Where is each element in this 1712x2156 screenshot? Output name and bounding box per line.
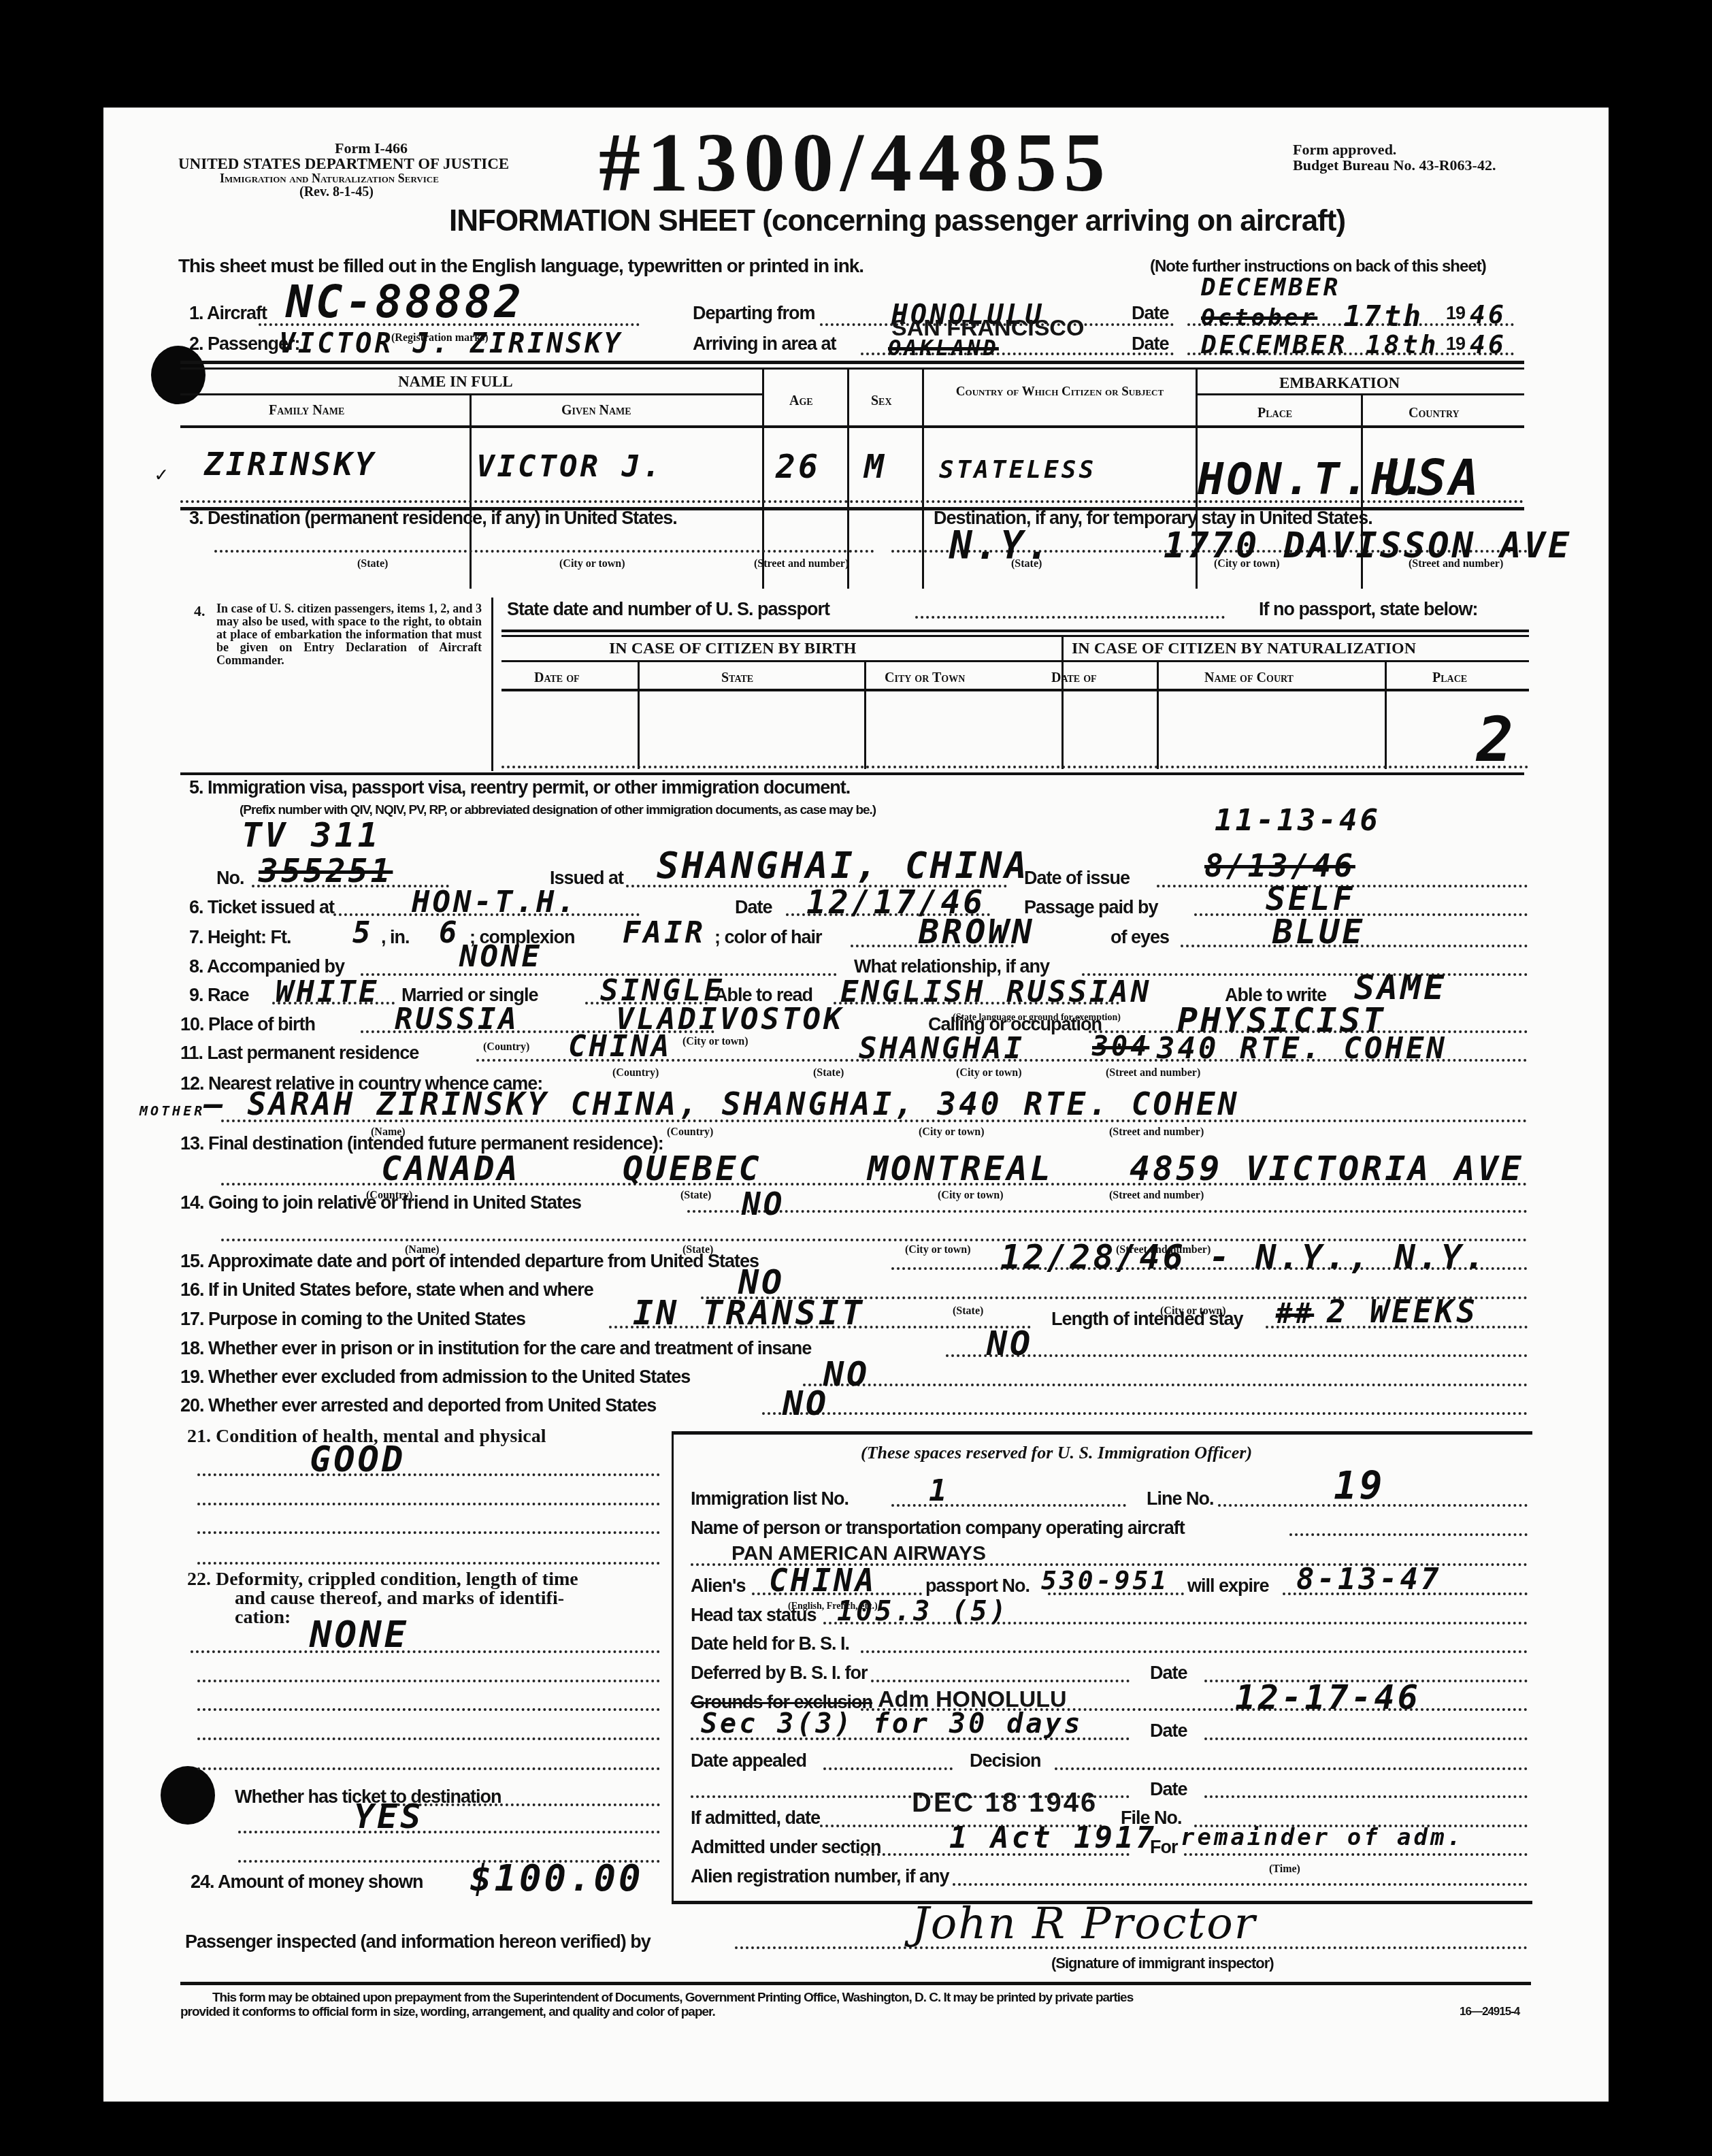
caption-street: (Street and number): [1106, 1067, 1200, 1079]
visa-number-label: No.: [216, 868, 244, 889]
arriving-label: Arriving in area at: [693, 333, 836, 355]
immigration-list-value[interactable]: 1: [929, 1473, 950, 1508]
date-struck-month: October: [1201, 304, 1317, 331]
height-in-label: , in.: [381, 927, 410, 948]
citizen-by-birth-header: IN CASE OF CITIZEN BY BIRTH: [609, 640, 856, 658]
hair-color-value[interactable]: BROWN: [919, 912, 1035, 951]
nearest-relative-value[interactable]: — SARAH ZIRINSKY CHINA, SHANGHAI, 340 RT…: [204, 1085, 1239, 1122]
col-citizenship: Country of Which Citizen or Subject: [936, 385, 1184, 399]
race-label: 9. Race: [189, 985, 249, 1006]
height-ft[interactable]: 5: [352, 915, 374, 950]
admitted-section-label: Admitted under section: [691, 1837, 881, 1858]
caption-street: (Street and number): [1109, 1190, 1204, 1202]
final-destination-country[interactable]: CANADA: [381, 1149, 521, 1188]
join-relative-value[interactable]: NO: [742, 1186, 785, 1222]
head-tax-label: Head tax status: [691, 1605, 817, 1626]
birthplace-label: 10. Place of birth: [180, 1014, 315, 1035]
officer-header: (These spaces reserved for U. S. Immigra…: [861, 1443, 1252, 1463]
fine-print-line-2: provided it conforms to official form in…: [180, 2005, 715, 2020]
col-embark-place: Place: [1257, 406, 1292, 421]
service-name: Immigration and Naturalization Service: [220, 171, 439, 186]
department-name: UNITED STATES DEPARTMENT OF JUSTICE: [178, 155, 509, 173]
deported-label: 20. Whether ever arrested and deported f…: [180, 1395, 656, 1416]
col-nat-place: Place: [1432, 670, 1467, 686]
destination-permanent-label: 3. Destination (permanent residence, if …: [189, 508, 677, 529]
aircraft-value[interactable]: NC-88882: [286, 276, 524, 328]
relative-relationship-margin: MOTHER: [139, 1102, 205, 1119]
last-residence-street[interactable]: 340 RTE. COHEN: [1157, 1031, 1447, 1066]
col-nat-date: Date of: [1051, 670, 1097, 686]
final-destination-city[interactable]: MONTREAL: [868, 1149, 1053, 1188]
purpose-value[interactable]: IN TRANSIT: [633, 1293, 865, 1333]
height-label: 7. Height: Ft.: [189, 927, 291, 948]
col-age: Age: [789, 393, 813, 409]
stay-length-value[interactable]: 2 WEEKS: [1327, 1293, 1478, 1330]
join-relative-label: 14. Going to join relative or friend in …: [180, 1192, 581, 1213]
operator-label: Name of person or transportation company…: [691, 1518, 1185, 1539]
prison-label: 18. Whether ever in prison or in institu…: [180, 1338, 811, 1359]
departing-label: Departing from: [693, 303, 815, 324]
last-residence-city[interactable]: SHANGHAI: [859, 1031, 1025, 1066]
race-value[interactable]: WHITE: [276, 975, 379, 1009]
signature-caption: (Signature of immigrant inspector): [1051, 1955, 1274, 1972]
alien-registration-label: Alien registration number, if any: [691, 1866, 949, 1887]
departure-label: 15. Approximate date and port of intende…: [180, 1251, 759, 1272]
punch-hole: [161, 1766, 215, 1825]
visa-prefix[interactable]: TV 311: [242, 815, 381, 855]
stay-length-struck: ##: [1276, 1298, 1314, 1330]
caption-state: (State): [813, 1067, 844, 1079]
caption-city: (City or town): [919, 1126, 985, 1139]
date-appealed-label: Date appealed: [691, 1750, 806, 1771]
col-nat-court: Name of Court: [1204, 670, 1294, 686]
no-passport-label: If no passport, state below:: [1259, 599, 1478, 620]
temp-destination-street[interactable]: 1770 DAVISSON AVE: [1164, 525, 1572, 566]
form-title: INFORMATION SHEET (concerning passenger …: [449, 204, 1345, 238]
issued-at-value[interactable]: SHANGHAI, CHINA: [657, 844, 1030, 887]
print-code: 16—24915-4: [1460, 2005, 1519, 2019]
deported-value[interactable]: NO: [783, 1384, 829, 1423]
time-caption: (Time): [1269, 1863, 1300, 1876]
col-embark-country: Country: [1409, 406, 1460, 421]
admitted-date-label: If admitted, date: [691, 1808, 820, 1829]
money-value[interactable]: $100.00: [470, 1857, 644, 1899]
year-prefix-2: 19: [1446, 333, 1465, 355]
date-value-2[interactable]: DECEMBER 18th: [1201, 329, 1438, 359]
date-label-2: Date: [1132, 333, 1169, 355]
complexion-value[interactable]: FAIR: [623, 915, 706, 950]
caption-country: (Country): [667, 1126, 713, 1139]
head-tax-value[interactable]: 105.3 (5): [837, 1596, 1009, 1627]
col-sex: Sex: [871, 393, 892, 409]
col-family-name: Family Name: [269, 403, 344, 419]
grounds-date-label: Date: [1150, 1720, 1187, 1742]
caption-city: (City or town): [682, 1036, 748, 1048]
able-to-read-value[interactable]: ENGLISH RUSSIAN: [840, 975, 1151, 1009]
immigration-list-label: Immigration list No.: [691, 1488, 849, 1509]
cell-embark-country[interactable]: USA: [1385, 449, 1481, 506]
us-passport-label: State date and number of U. S. passport: [507, 599, 829, 620]
date-year-1[interactable]: 46: [1470, 299, 1507, 329]
final-destination-street[interactable]: 4859 VICTORIA AVE: [1130, 1149, 1524, 1188]
caption-city: (City or town): [905, 1244, 971, 1256]
passage-paid-label: Passage paid by: [1024, 897, 1158, 918]
expire-label: will expire: [1187, 1575, 1269, 1597]
approval-line-2: Budget Bureau No. 43-R063-42.: [1293, 157, 1496, 174]
embarkation-header: EMBARKATION: [1279, 374, 1400, 392]
cell-citizenship[interactable]: STATELESS: [939, 456, 1096, 484]
temp-destination-state[interactable]: N.Y.: [949, 524, 1052, 568]
date-of-issue-struck: 8/13/46: [1204, 847, 1355, 884]
birth-country[interactable]: RUSSIA: [395, 1002, 519, 1036]
date-year-2[interactable]: 46: [1470, 329, 1507, 359]
cell-sex[interactable]: M: [864, 448, 887, 486]
grounds-date[interactable]: 12-17-46: [1235, 1678, 1421, 1717]
col-birth-date: Date of: [534, 670, 580, 686]
last-residence-street-struck: 304: [1092, 1031, 1149, 1062]
fine-print-line-1: This form may be obtained upon prepaymen…: [212, 1991, 1133, 2006]
row-check-mark: ✓: [155, 463, 170, 487]
alien-nationality-label: Alien's: [691, 1575, 745, 1597]
us-citizen-note: In case of U. S. citizen passengers, ite…: [216, 602, 482, 667]
decision-label: Decision: [970, 1750, 1041, 1771]
item4-number: 4.: [194, 602, 205, 620]
caption-country: (Country): [612, 1067, 659, 1079]
col-birth-city: City or Town: [885, 670, 965, 686]
excluded-value[interactable]: NO: [823, 1354, 870, 1394]
caption-state: (State): [953, 1305, 983, 1318]
line-no-value[interactable]: 19: [1334, 1465, 1385, 1509]
height-in[interactable]: 6: [439, 915, 460, 950]
date-of-issue-label: Date of issue: [1024, 868, 1130, 889]
admitted-section-value[interactable]: 1 Act 1917: [949, 1820, 1157, 1855]
alien-nationality-value[interactable]: CHINA: [769, 1562, 876, 1599]
money-label: 24. Amount of money shown: [191, 1872, 423, 1893]
caption-state: (State): [680, 1190, 711, 1202]
caption-state: (State): [357, 558, 388, 570]
cell-family-name[interactable]: ZIRINSKY: [204, 446, 377, 483]
date-day-1[interactable]: 17th: [1344, 299, 1423, 333]
expire-value[interactable]: 8-13-47: [1296, 1562, 1441, 1597]
excluded-label: 19. Whether ever excluded from admission…: [180, 1367, 690, 1388]
visa-number-struck: 355251: [259, 852, 393, 890]
citizen-by-naturalization-header: IN CASE OF CITIZEN BY NATURALIZATION: [1072, 640, 1416, 658]
for-value[interactable]: remainder of adm.: [1181, 1824, 1464, 1851]
caption-country: (Country): [483, 1041, 529, 1053]
instruction-text: This sheet must be filled out in the Eng…: [178, 255, 863, 277]
caption-city: (City or town): [956, 1067, 1022, 1079]
cell-age[interactable]: 26: [776, 448, 821, 486]
stamped-number: #1300/44855: [599, 116, 1112, 211]
last-residence-label: 11. Last permanent residence: [180, 1043, 418, 1064]
caption-city: (City or town): [559, 558, 625, 570]
caption-street: (Street and number): [1109, 1126, 1204, 1139]
deformity-label-3: cation:: [235, 1607, 291, 1629]
col-birth-state: State: [721, 670, 753, 686]
grounds-line-2[interactable]: Sec 3(3) for 30 days: [701, 1708, 1083, 1739]
eye-color-value[interactable]: BLUE: [1272, 912, 1365, 951]
deferred-date-label: Date: [1150, 1663, 1187, 1684]
immigration-doc-label: 5. Immigration visa, passport visa, reen…: [189, 777, 850, 798]
aircraft-label: 1. Aircraft: [189, 303, 267, 324]
ticket-issued-label: 6. Ticket issued at: [189, 897, 334, 918]
inspected-by-label: Passenger inspected (and information her…: [185, 1931, 651, 1953]
passport-no-value[interactable]: 530-951: [1041, 1565, 1169, 1595]
name-in-full-header: NAME IN FULL: [398, 373, 513, 391]
bsi-held-label: Date held for B. S. I.: [691, 1633, 849, 1654]
date-month-1[interactable]: DECEMBER: [1201, 274, 1340, 301]
deformity-value[interactable]: NONE: [310, 1613, 409, 1656]
last-residence-country[interactable]: CHINA: [568, 1029, 672, 1064]
form-revision: (Rev. 8-1-45): [299, 184, 374, 200]
year-prefix-1: 19: [1446, 303, 1465, 324]
ticket-issued-value[interactable]: HON-T.H.: [412, 885, 578, 919]
ticket-date-label: Date: [735, 897, 772, 918]
decision-date-label: Date: [1150, 1779, 1187, 1800]
previous-visit-label: 16. If in United States before, state wh…: [180, 1279, 593, 1301]
margin-mark-2: 2: [1477, 704, 1516, 776]
col-given-name: Given Name: [561, 403, 631, 419]
visa-issue-date[interactable]: 11-13-46: [1215, 803, 1381, 838]
purpose-label: 17. Purpose in coming to the United Stat…: [180, 1309, 525, 1330]
cell-given-name[interactable]: VICTOR J.: [476, 449, 663, 484]
hair-color-label: ; color of hair: [714, 927, 822, 948]
deferred-label: Deferred by B. S. I. for: [691, 1663, 868, 1684]
for-label: For: [1150, 1837, 1178, 1858]
prison-value[interactable]: NO: [987, 1324, 1033, 1363]
inspector-signature[interactable]: John R Proctor: [912, 1899, 1256, 1949]
final-destination-state[interactable]: QUEBEC: [623, 1149, 762, 1188]
stay-length-label: Length of intended stay: [1051, 1309, 1243, 1330]
caption-street: (Street and number): [754, 558, 849, 570]
passport-no-label: passport No.: [925, 1575, 1030, 1597]
caption-city: (City or town): [938, 1190, 1004, 1202]
accompanied-value[interactable]: NONE: [459, 939, 542, 974]
line-no-label: Line No.: [1147, 1488, 1214, 1509]
passenger-value[interactable]: VICTOR J. ZIRINSKY: [279, 328, 623, 359]
arriving-value[interactable]: SAN FRANCISCO: [891, 315, 1084, 342]
eye-color-label: of eyes: [1110, 927, 1169, 948]
admitted-date-stamp[interactable]: DEC 18 1946: [912, 1788, 1098, 1818]
date-label-1: Date: [1132, 303, 1169, 324]
departure-value[interactable]: 12/28/46 - N.Y., N.Y.: [1000, 1237, 1487, 1277]
